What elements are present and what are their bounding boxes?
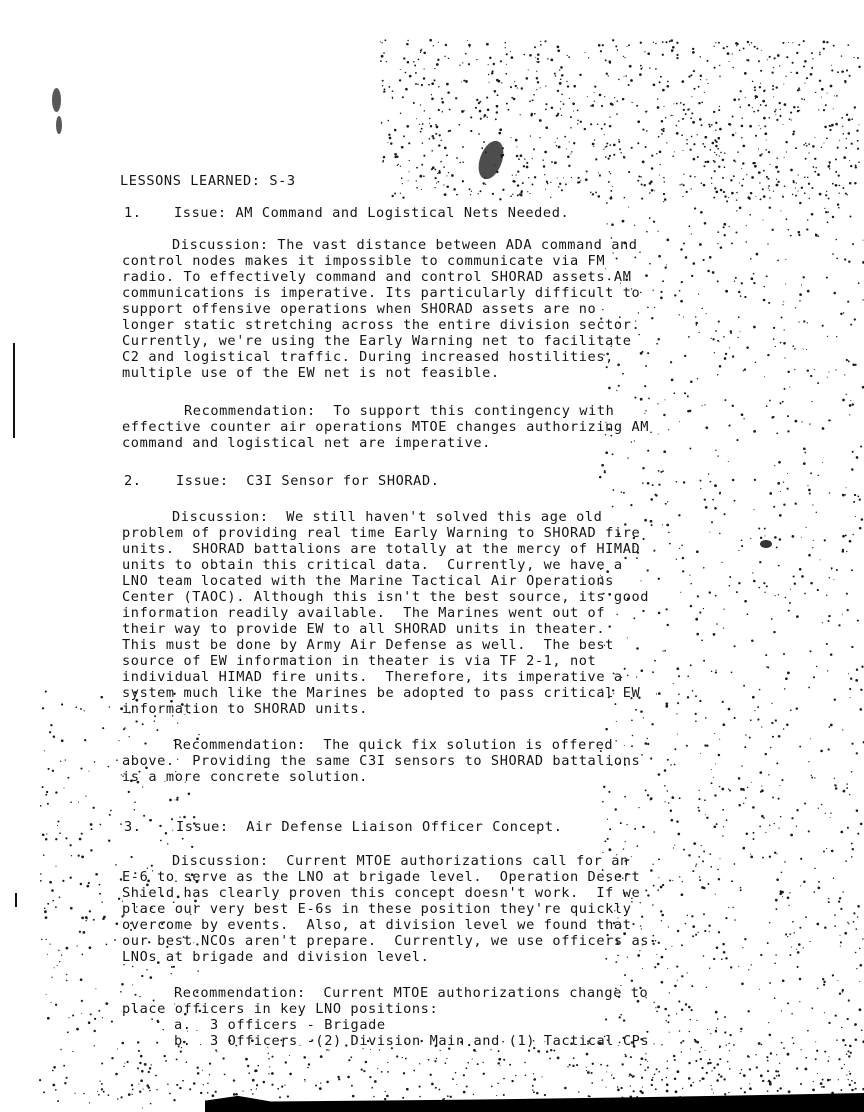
discussion-line: longer static stretching across the enti… bbox=[122, 318, 640, 333]
discussion-line: LNO team located with the Marine Tactica… bbox=[122, 574, 614, 589]
recommendation-line: is a more concrete solution. bbox=[122, 770, 368, 785]
discussion-line: source of EW information in theater is v… bbox=[122, 654, 596, 669]
recommendation-line: Recommendation: The quick fix solution i… bbox=[174, 738, 613, 753]
discussion-line: control nodes makes it impossible to com… bbox=[122, 254, 605, 269]
discussion-line: problem of providing real time Early War… bbox=[122, 526, 640, 541]
list-item: 3 Officers -(2) Division Main and (1) Ta… bbox=[210, 1034, 649, 1049]
discussion-line: This must be done by Army Air Defense as… bbox=[122, 638, 614, 653]
list-item: 3 officers - Brigade bbox=[210, 1018, 386, 1033]
recommendation-line: Recommendation: To support this continge… bbox=[184, 404, 614, 419]
section-number: 2. bbox=[124, 474, 142, 489]
section-number: 1. bbox=[124, 206, 142, 221]
discussion-line: E-6 to serve as the LNO at brigade level… bbox=[122, 870, 640, 885]
discussion-line: LNOs at brigade and division level. bbox=[122, 950, 429, 965]
recommendation-line: effective counter air operations MTOE ch… bbox=[122, 420, 649, 435]
discussion-line: support offensive operations when SHORAD… bbox=[122, 302, 596, 317]
discussion-line: units to obtain this critical data. Curr… bbox=[122, 558, 623, 573]
discussion-line: overcome by events. Also, at division le… bbox=[122, 918, 631, 933]
discussion-line: Center (TAOC). Although this isn't the b… bbox=[122, 590, 649, 605]
recommendation-line: Recommendation: Current MTOE authorizati… bbox=[174, 986, 648, 1001]
margin-mark bbox=[15, 893, 17, 907]
scanned-page: LESSONS LEARNED: S-3 1. Issue: AM Comman… bbox=[0, 0, 864, 1112]
discussion-line: place our very best E-6s in these positi… bbox=[122, 902, 631, 917]
scan-smudge bbox=[56, 116, 62, 134]
discussion-line: our best NCOs aren't prepare. Currently,… bbox=[122, 934, 649, 949]
discussion-line: Discussion: Current MTOE authorizations … bbox=[172, 854, 629, 869]
margin-mark bbox=[13, 343, 15, 438]
discussion-line: Discussion: The vast distance between AD… bbox=[172, 238, 638, 253]
scan-smudge bbox=[760, 540, 772, 548]
discussion-line: Shield has clearly proven this concept d… bbox=[122, 886, 640, 901]
discussion-line: system much like the Marines be adopted … bbox=[122, 686, 640, 701]
discussion-line: C2 and logistical traffic. During increa… bbox=[122, 350, 614, 365]
scan-smudge bbox=[52, 88, 61, 112]
discussion-line: communications is imperative. Its partic… bbox=[122, 286, 640, 301]
discussion-line: multiple use of the EW net is not feasib… bbox=[122, 366, 500, 381]
page-title: LESSONS LEARNED: S-3 bbox=[120, 174, 296, 189]
discussion-line: Discussion: We still haven't solved this… bbox=[172, 510, 602, 525]
recommendation-line: command and logistical net are imperativ… bbox=[122, 436, 491, 451]
list-marker: a. bbox=[174, 1018, 192, 1033]
section-issue: Issue: AM Command and Logistical Nets Ne… bbox=[174, 206, 569, 221]
section-issue: Issue: Air Defense Liaison Officer Conce… bbox=[176, 820, 563, 835]
recommendation-line: above. Providing the same C3I sensors to… bbox=[122, 754, 640, 769]
scan-smudge bbox=[474, 137, 508, 182]
discussion-line: their way to provide EW to all SHORAD un… bbox=[122, 622, 605, 637]
discussion-line: information to SHORAD units. bbox=[122, 702, 368, 717]
scan-edge-band bbox=[205, 1093, 864, 1112]
discussion-line: radio. To effectively command and contro… bbox=[122, 270, 631, 285]
discussion-line: units. SHORAD battalions are totally at … bbox=[122, 542, 640, 557]
discussion-line: individual HIMAD fire units. Therefore, … bbox=[122, 670, 623, 685]
recommendation-line: place officers in key LNO positions: bbox=[122, 1002, 438, 1017]
discussion-line: information readily available. The Marin… bbox=[122, 606, 605, 621]
list-marker: b. bbox=[174, 1034, 192, 1049]
section-issue: Issue: C3I Sensor for SHORAD. bbox=[176, 474, 440, 489]
discussion-line: Currently, we're using the Early Warning… bbox=[122, 334, 631, 349]
section-number: 3. bbox=[124, 820, 142, 835]
